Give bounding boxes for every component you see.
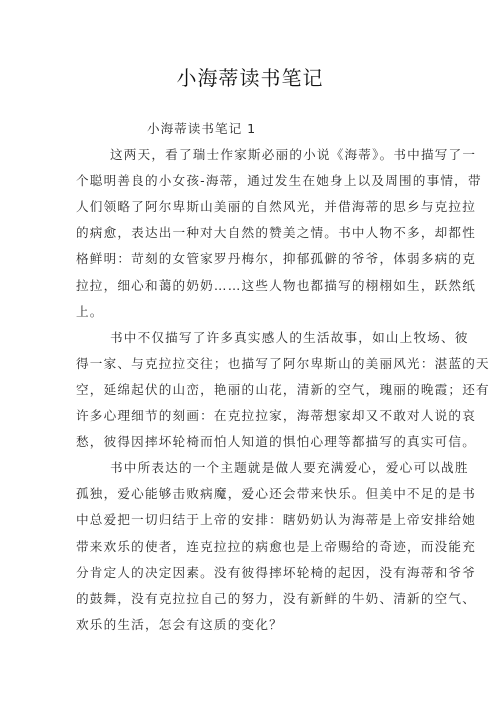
paragraph-line: 人们领略了阿尔卑斯山美丽的自然风光，并借海蒂的思乡与克拉拉 [76,194,422,220]
section-subtitle: 小海蒂读书笔记 1 [76,116,422,142]
paragraph-line: 上。 [76,299,422,325]
paragraph-line: 的鼓舞，没有克拉拉自己的努力，没有新鲜的牛奶、清新的空气、 [76,586,422,612]
paragraph-line: 拉拉，细心和蔼的奶奶……这些人物也都描写的栩栩如生，跃然纸 [76,273,422,299]
document-body: 小海蒂读书笔记 1 这两天，看了瑞士作家斯必丽的小说《海蒂》。书中描写了一 个聪… [76,116,422,638]
paragraph-line: 孤独，爱心能够击败病魔，爱心还会带来快乐。但美中不足的是书 [76,481,422,507]
paragraph-line: 的病愈，表达出一种对大自然的赞美之情。书中人物不多，却都性 [76,220,422,246]
paragraph-line: 许多心理细节的刻画：在克拉拉家，海蒂想家却又不敢对人说的哀 [76,403,422,429]
paragraph-line: 空，延绵起伏的山峦，艳丽的山花，清新的空气，瑰丽的晚霞；还有 [76,377,422,403]
paragraph-line: 书中不仅描写了许多真实感人的生活故事，如山上牧场、彼 [76,325,422,351]
document-title: 小海蒂读书笔记 [0,62,500,91]
paragraph-line: 格鲜明：苛刻的女管家罗丹梅尔，抑郁孤僻的爷爷，体弱多病的克 [76,246,422,272]
paragraph-line: 分肯定人的决定因素。没有彼得摔坏轮椅的起因，没有海蒂和爷爷 [76,560,422,586]
paragraph-line: 欢乐的生活，怎会有这质的变化？ [76,612,422,638]
paragraph-line: 得一家、与克拉拉交往；也描写了阿尔卑斯山的美丽风光：湛蓝的天 [76,351,422,377]
paragraph-line: 这两天，看了瑞士作家斯必丽的小说《海蒂》。书中描写了一 [76,142,422,168]
paragraph-line: 愁，彼得因摔坏轮椅而怕人知道的惧怕心理等都描写的真实可信。 [76,429,422,455]
paragraph-line: 书中所表达的一个主题就是做人要充满爱心，爱心可以战胜 [76,455,422,481]
paragraph-line: 个聪明善良的小女孩-海蒂，通过发生在她身上以及周围的事情，带 [76,168,422,194]
paragraph-line: 带来欢乐的使者，连克拉拉的病愈也是上帝赐给的奇迹，而没能充 [76,534,422,560]
paragraph-line: 中总爱把一切归结于上帝的安排：瞎奶奶认为海蒂是上帝安排给她 [76,507,422,533]
